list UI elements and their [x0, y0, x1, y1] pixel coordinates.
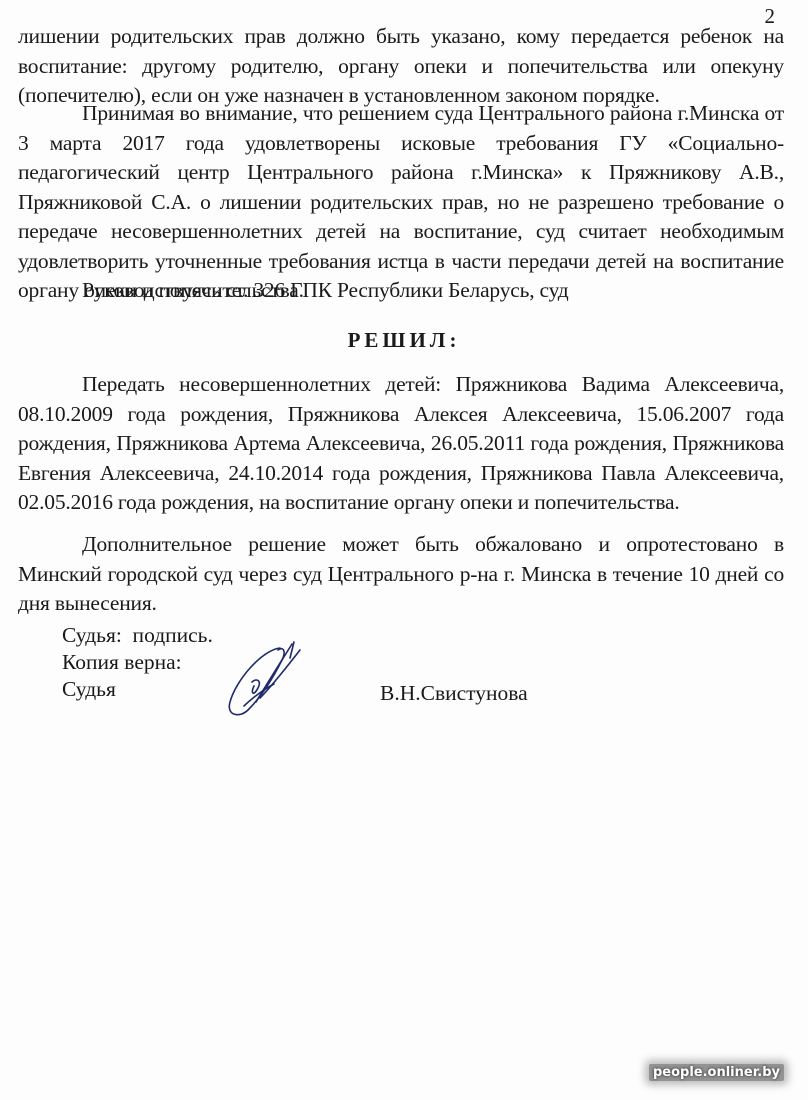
decision-paragraph-appeal: Дополнительное решение может быть обжало… — [18, 530, 784, 619]
judge-name: В.Н.Свистунова — [380, 680, 528, 706]
paragraph-text: Передать несовершеннолетних детей: Пряжн… — [18, 370, 784, 518]
paragraph-text: Принимая во внимание, что решением суда … — [18, 99, 784, 306]
paragraph-text: Руководствуясь ст. 326 ГПК Республики Бе… — [18, 276, 784, 306]
paragraph-continuation: лишении родительских прав должно быть ук… — [18, 22, 784, 111]
judge-signed-line: Судья: подпись. — [62, 622, 213, 648]
copy-certified-line: Копия верна: — [62, 649, 182, 675]
decision-heading: РЕШИЛ: — [0, 327, 808, 353]
decision-paragraph-transfer: Передать несовершеннолетних детей: Пряжн… — [18, 370, 784, 518]
handwritten-signature-icon — [222, 640, 312, 718]
watermark: people.onliner.by — [649, 1064, 784, 1081]
paragraph-text: Дополнительное решение может быть обжало… — [18, 530, 784, 619]
paragraph-text: лишении родительских прав должно быть ук… — [18, 22, 784, 111]
judge-label: Судья — [62, 676, 116, 702]
document-page: 2 лишении родительских прав должно быть … — [0, 0, 808, 1100]
paragraph-legal-basis: Руководствуясь ст. 326 ГПК Республики Бе… — [18, 276, 784, 306]
paragraph-consideration: Принимая во внимание, что решением суда … — [18, 99, 784, 306]
